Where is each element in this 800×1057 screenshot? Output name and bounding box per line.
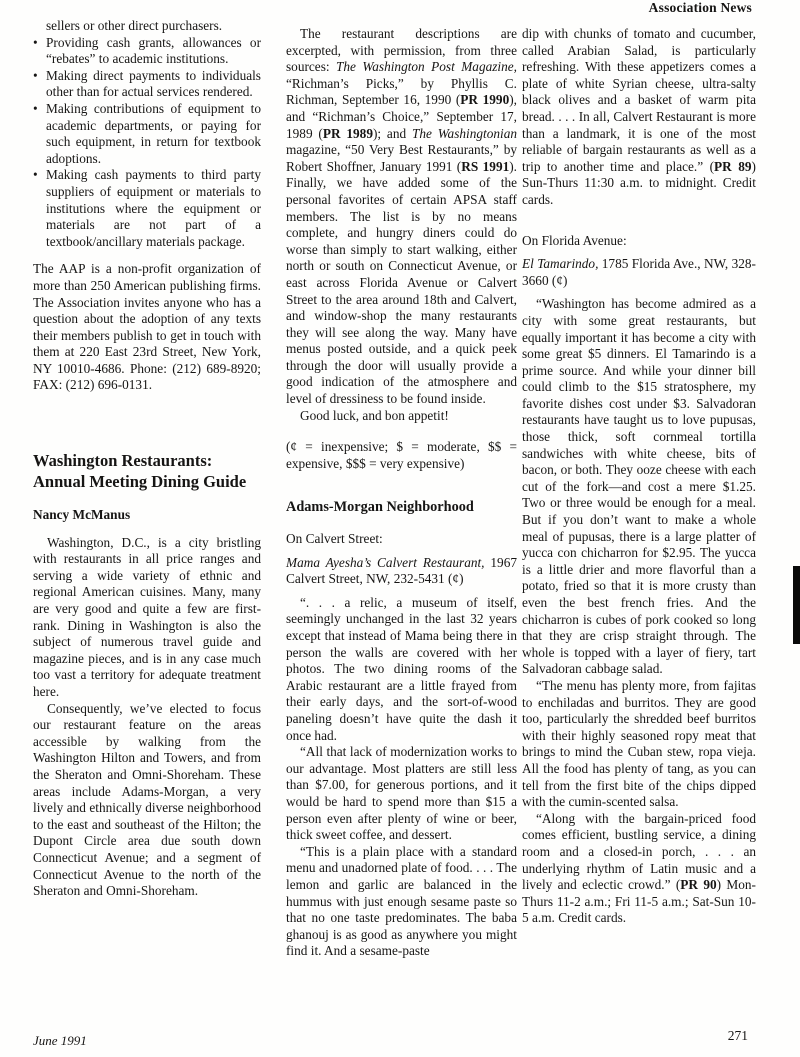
bullet-list: sellers or other direct purchasers. Prov…: [33, 18, 261, 250]
running-head: Association News: [649, 0, 752, 16]
review-paragraph: “This is a plain place with a standard m…: [286, 844, 517, 960]
middle-column: The restaurant descriptions are excerpte…: [286, 26, 517, 960]
review-paragraph: “Along with the bargain-priced food come…: [522, 811, 756, 927]
review-continuation-paragraph: dip with chunks of tomato and cucumber, …: [522, 26, 756, 209]
restaurant-listing-mama-ayesha: Mama Ayesha’s Calvert Restaurant, 1967 C…: [286, 555, 517, 588]
review-paragraph: “Washington has become admired as a city…: [522, 296, 756, 678]
right-column: dip with chunks of tomato and cucumber, …: [522, 26, 756, 927]
intro-paragraph: The restaurant descriptions are excerpte…: [286, 26, 517, 408]
left-column: sellers or other direct purchasers. Prov…: [33, 18, 261, 900]
list-item: Making cash payments to third party supp…: [33, 167, 261, 250]
journal-page: Association News sellers or other direct…: [0, 0, 800, 1057]
article-title: Washington Restaurants: Annual Meeting D…: [33, 450, 261, 492]
price-key: (¢ = inexpensive; $ = moderate, $$ = exp…: [286, 439, 517, 472]
article-paragraph: Consequently, we’ve elected to focus our…: [33, 701, 261, 900]
review-paragraph: “The menu has plenty more, from fajitas …: [522, 678, 756, 811]
list-item: Making contributions of equipment to aca…: [33, 101, 261, 167]
restaurant-listing-el-tamarindo: El Tamarindo, 1785 Florida Ave., NW, 328…: [522, 256, 756, 289]
list-item: Making direct payments to individuals ot…: [33, 68, 261, 101]
review-paragraph: “. . . a relic, a museum of itself, seem…: [286, 595, 517, 744]
page-edge-mark: [793, 566, 800, 644]
good-luck-line: Good luck, and bon appetit!: [286, 408, 517, 425]
list-item: Providing cash grants, allowances or “re…: [33, 35, 261, 68]
footer-page-number: 271: [728, 1028, 748, 1044]
street-heading-florida: On Florida Avenue:: [522, 233, 756, 250]
list-item-continuation: sellers or other direct purchasers.: [33, 18, 261, 35]
aap-paragraph: The AAP is a non-profit organization of …: [33, 261, 261, 394]
section-heading-adams-morgan: Adams-Morgan Neighborhood: [286, 499, 517, 516]
article-paragraph: Washington, D.C., is a city bristling wi…: [33, 535, 261, 701]
review-paragraph: “All that lack of modernization works to…: [286, 744, 517, 844]
byline: Nancy McManus: [33, 507, 261, 524]
street-heading-calvert: On Calvert Street:: [286, 531, 517, 548]
footer-issue-date: June 1991: [33, 1033, 87, 1049]
